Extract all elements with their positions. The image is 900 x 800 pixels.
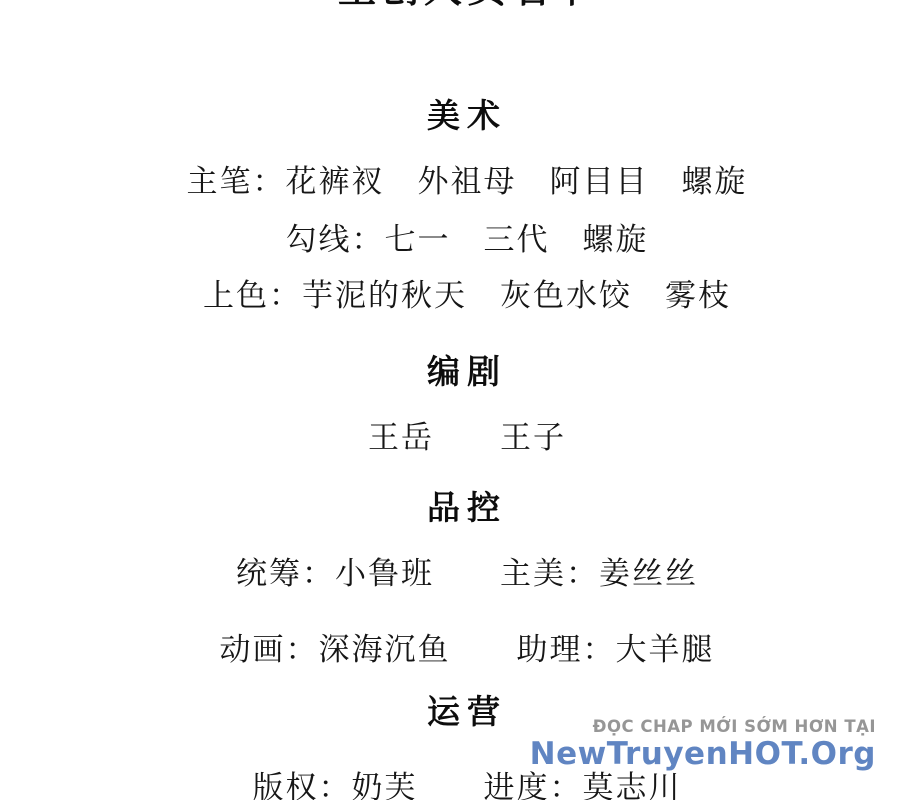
credit-line-coloring: 上色：芋泥的秋天 灰色水饺 雾枝 xyxy=(34,270,900,315)
section-heading-quality-control: 品控 xyxy=(34,482,900,529)
cutoff-title: 主创人员名单 xyxy=(0,0,900,10)
watermark: ĐỌC CHAP MỚI SỚM HƠN TẠI NewTruyenHOT.Or… xyxy=(530,718,876,771)
credit-line-writers: 王岳 王子 xyxy=(34,412,900,457)
credits-page: 主创人员名单 美术 主笔：花裤衩 外祖母 阿目目 螺旋 勾线：七一 三代 螺旋 … xyxy=(0,0,900,800)
cutoff-title-text: 主创人员名单 xyxy=(34,0,900,9)
section-heading-writing: 编剧 xyxy=(34,346,900,393)
credit-line-main-artist: 主笔：花裤衩 外祖母 阿目目 螺旋 xyxy=(34,156,900,201)
credit-line-line-art: 勾线：七一 三代 螺旋 xyxy=(34,214,900,259)
watermark-tagline: ĐỌC CHAP MỚI SỚM HƠN TẠI xyxy=(530,718,876,736)
credit-line-animation: 动画：深海沉鱼 助理：大羊腿 xyxy=(34,624,900,669)
section-heading-art: 美术 xyxy=(34,90,900,137)
credit-line-coordination: 统筹：小鲁班 主美：姜丝丝 xyxy=(34,548,900,593)
watermark-site-name: NewTruyenHOT.Org xyxy=(530,737,876,771)
